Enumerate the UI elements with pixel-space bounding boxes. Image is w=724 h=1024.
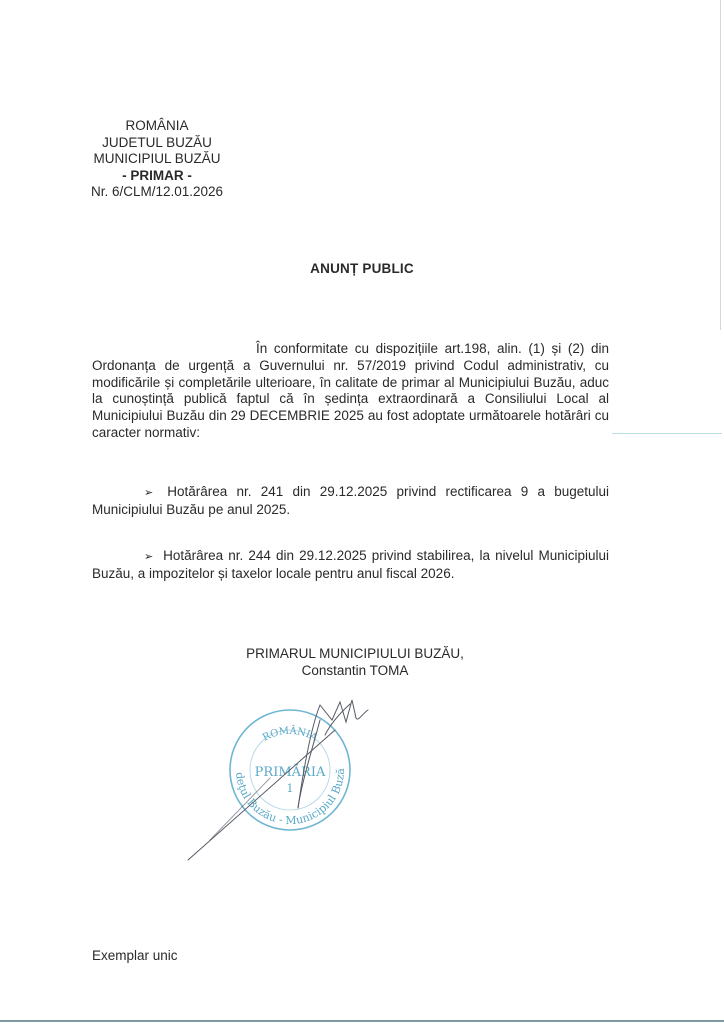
scan-bottom-edge [0,1020,724,1022]
decision-text: Hotărârea nr. 241 din 29.12.2025 privind… [92,484,609,517]
document-header: ROMÂNIA JUDETUL BUZĂU MUNICIPIUL BUZĂU -… [82,118,232,201]
stamp-center-text: PRIMĂRIA [255,764,326,780]
official-stamp: ROMÂNIA Judeţul Buzău - Municipiul Buzău… [180,690,400,870]
header-county: JUDETUL BUZĂU [82,135,232,152]
header-municipality: MUNICIPIUL BUZĂU [82,151,232,168]
scan-edge-line [720,0,721,330]
decision-text: Hotărârea nr. 244 din 29.12.2025 privind… [92,548,609,581]
footer-note: Exemplar unic [92,948,178,963]
stamp-ring-text: Judeţul Buzău - Municipiul Buzău [180,690,347,827]
decision-item: ➢ Hotărârea nr. 241 din 29.12.2025 privi… [92,484,609,519]
header-office: - PRIMAR - [82,168,232,185]
header-reg-number: Nr. 6/CLM/12.01.2026 [82,184,232,201]
header-country: ROMÂNIA [82,118,232,135]
document-title: ANUNȚ PUBLIC [0,261,724,276]
stamp-center-number: 1 [287,782,294,795]
body-paragraph: În conformitate cu dispozițiile art.198,… [92,341,609,442]
arrow-bullet-icon: ➢ [144,485,158,502]
decision-item: ➢ Hotărârea nr. 244 din 29.12.2025 privi… [92,548,609,583]
svg-text:Judeţul Buzău - Municipiul Buz: Judeţul Buzău - Municipiul Buzău [180,690,347,827]
arrow-bullet-icon: ➢ [144,549,158,566]
scan-artifact-line [612,433,722,434]
signatory-name: Constantin TOMA [200,662,510,679]
signatory-role: PRIMARUL MUNICIPIULUI BUZĂU, [200,645,510,662]
signature-block: PRIMARUL MUNICIPIULUI BUZĂU, Constantin … [200,645,510,679]
document-page: ROMÂNIA JUDETUL BUZĂU MUNICIPIUL BUZĂU -… [0,0,724,1024]
